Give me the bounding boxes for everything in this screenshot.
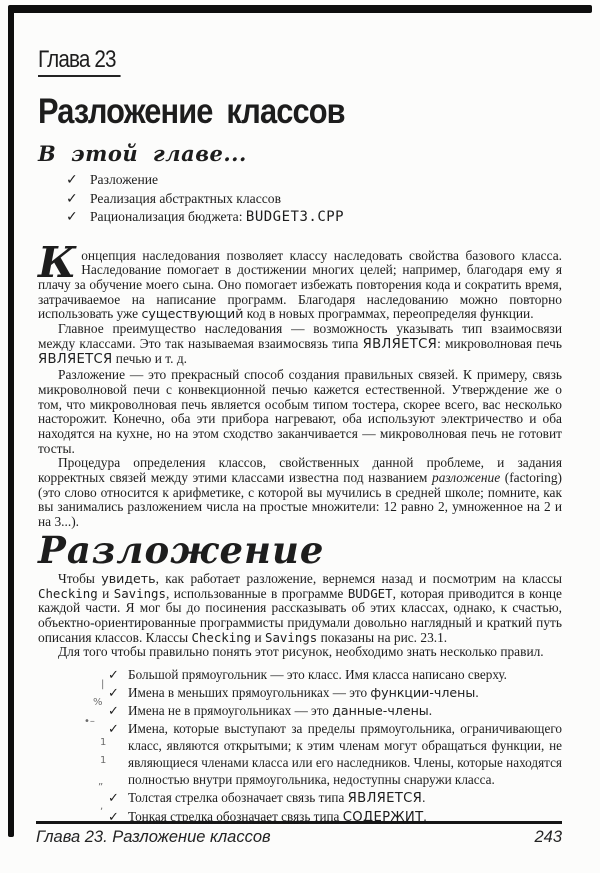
paragraph-text: , как работает разложение, вернемся наза… — [156, 571, 562, 586]
checklist-item: ✓Реализация абстрактных классов — [66, 190, 562, 209]
rule-text: . — [429, 703, 432, 718]
class-name-savings: Savings — [114, 586, 166, 601]
rule-text: Большой прямоугольник — это класс. Имя к… — [128, 667, 507, 682]
section-heading-decomposition: Разложение — [38, 532, 562, 568]
page-title: Разложение классов — [38, 95, 499, 129]
scan-edge-top — [11, 5, 592, 13]
rule-item-data-members: ✓Имена не в прямоугольниках — это данные… — [108, 702, 562, 719]
scan-noise-mark: % — [93, 697, 103, 708]
scan-noise-mark: , — [100, 801, 103, 812]
rule-text: Имена, которые выступают за пределы прям… — [128, 721, 562, 787]
rule-text: Толстая стрелка обозначает связь типа — [128, 790, 348, 805]
checkmark-icon: ✓ — [108, 685, 119, 702]
checkmark-icon: ✓ — [66, 171, 90, 190]
highlighted-word: увидеть — [101, 571, 155, 586]
chapter-checklist: ✓Разложение ✓Реализация абстрактных клас… — [38, 171, 562, 227]
checklist-item: ✓Рационализация бюджета: BUDGET3.CPP — [66, 208, 562, 227]
body-text-column: Концепция наследования позволяет классу … — [38, 249, 562, 827]
class-name-checking: Checking — [38, 586, 98, 601]
rule-text: Имена в меньших прямоугольниках — это — [128, 685, 370, 700]
paragraph-text: код в новых программах, переопределяя фу… — [243, 306, 533, 321]
scan-noise-mark: 1 — [100, 737, 106, 748]
scan-noise-mark: •– — [84, 716, 95, 727]
paragraph-text: показаны на рис. 23.1. — [317, 630, 447, 645]
rule-item-member-functions: ✓Имена в меньших прямоугольниках — это ф… — [108, 684, 562, 701]
checklist-item-label: Разложение — [90, 172, 158, 187]
isa-keyword: ЯВЛЯЕТСЯ — [38, 352, 112, 367]
checkmark-icon: ✓ — [66, 190, 90, 209]
footer-chapter-title: Глава 23. Разложение классов — [36, 828, 271, 847]
highlighted-word: существующий — [141, 306, 243, 321]
highlighted-term: функции-члены — [370, 685, 475, 700]
paragraph-factoring-definition: Процедура определения классов, свойствен… — [38, 456, 562, 530]
paragraph-microwave-example: Разложение — это прекрасный способ созда… — [38, 368, 562, 456]
scan-noise-mark: ” — [98, 782, 103, 793]
checklist-item-label: Реализация абстрактных классов — [90, 191, 281, 206]
diagram-rules-list: ✓Большой прямоугольник — это класс. Имя … — [38, 666, 562, 826]
highlighted-term: данные-члены — [332, 703, 429, 718]
chapter-label: Глава 23 — [38, 48, 121, 77]
paragraph-budget-classes: Чтобы увидеть, как работает разложение, … — [38, 572, 562, 646]
rule-item-class-rectangle: ✓Большой прямоугольник — это класс. Имя … — [108, 666, 562, 683]
emphasized-term: разложение — [432, 470, 500, 485]
page-number: 243 — [534, 828, 562, 847]
checklist-item-label: Рационализация бюджета: — [90, 209, 246, 224]
checkmark-icon: ✓ — [108, 721, 119, 738]
class-name-checking: Checking — [191, 630, 251, 645]
isa-keyword: ЯВЛЯЕТСЯ — [348, 791, 422, 806]
in-this-chapter-heading: В этой главе... — [38, 142, 562, 166]
checklist-item: ✓Разложение — [66, 171, 562, 190]
page-header: Глава 23 Разложение классов В этой главе… — [0, 0, 600, 227]
scan-edge-left — [8, 5, 14, 837]
rule-text: . — [475, 685, 478, 700]
paragraph-text: и — [251, 630, 265, 645]
code-reference: BUDGET3.CPP — [246, 209, 344, 225]
rule-item-thick-arrow: ✓Толстая стрелка обозначает связь типа Я… — [108, 789, 562, 807]
scan-noise-mark: | — [101, 679, 104, 690]
checkmark-icon: ✓ — [108, 667, 119, 684]
checkmark-icon: ✓ — [108, 790, 119, 807]
checkmark-icon: ✓ — [66, 208, 90, 227]
checkmark-icon: ✓ — [108, 703, 119, 720]
paragraph-rules-intro: Для того чтобы правильно понять этот рис… — [38, 645, 562, 660]
paragraph-text: и — [98, 586, 114, 601]
page-footer: Глава 23. Разложение классов 243 — [36, 821, 562, 873]
class-name-savings: Savings — [265, 630, 317, 645]
paragraph-text: печью и т. д. — [112, 351, 187, 366]
isa-keyword: ЯВЛЯЕТСЯ — [363, 337, 437, 352]
drop-cap: К — [38, 250, 76, 277]
book-page-scan: Глава 23 Разложение классов В этой главе… — [0, 0, 600, 873]
paragraph-text: , использованные в программе — [166, 586, 348, 601]
rule-item-public-members: ✓Имена, которые выступают за пределы пря… — [108, 720, 562, 788]
rule-text: . — [422, 790, 425, 805]
program-name-budget: BUDGET — [348, 586, 393, 601]
scan-noise-mark: 1 — [100, 755, 106, 766]
paragraph-isa-relationship: Главное преимущество наследования — возм… — [38, 322, 562, 368]
paragraph-text: Чтобы — [58, 571, 101, 586]
rule-text: Имена не в прямоугольниках — это — [128, 703, 332, 718]
paragraph-text: : микроволновая печь — [437, 336, 562, 351]
paragraph-inheritance-concept: Концепция наследования позволяет классу … — [38, 249, 562, 323]
